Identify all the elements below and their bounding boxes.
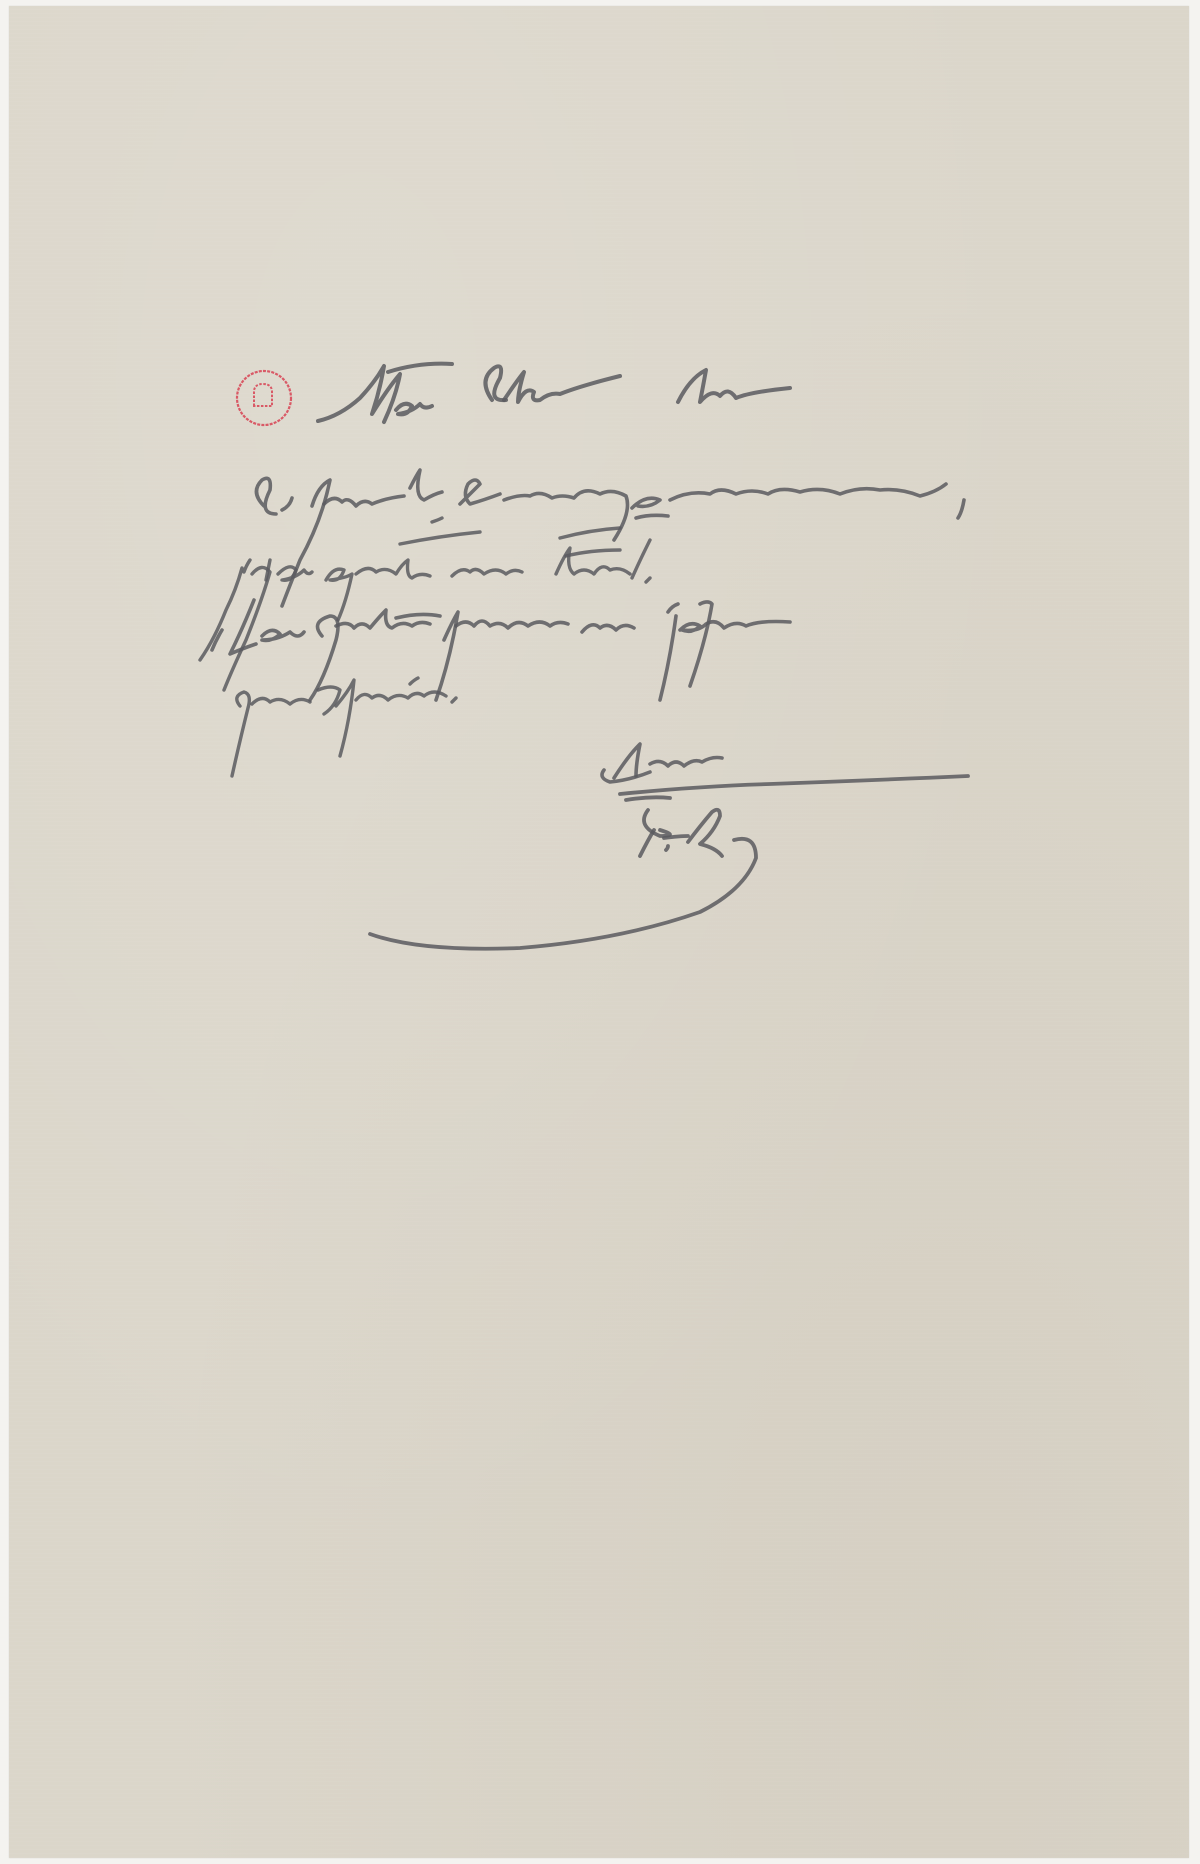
archive-stamp-icon: [232, 366, 296, 430]
letter-paper: [9, 6, 1189, 1858]
